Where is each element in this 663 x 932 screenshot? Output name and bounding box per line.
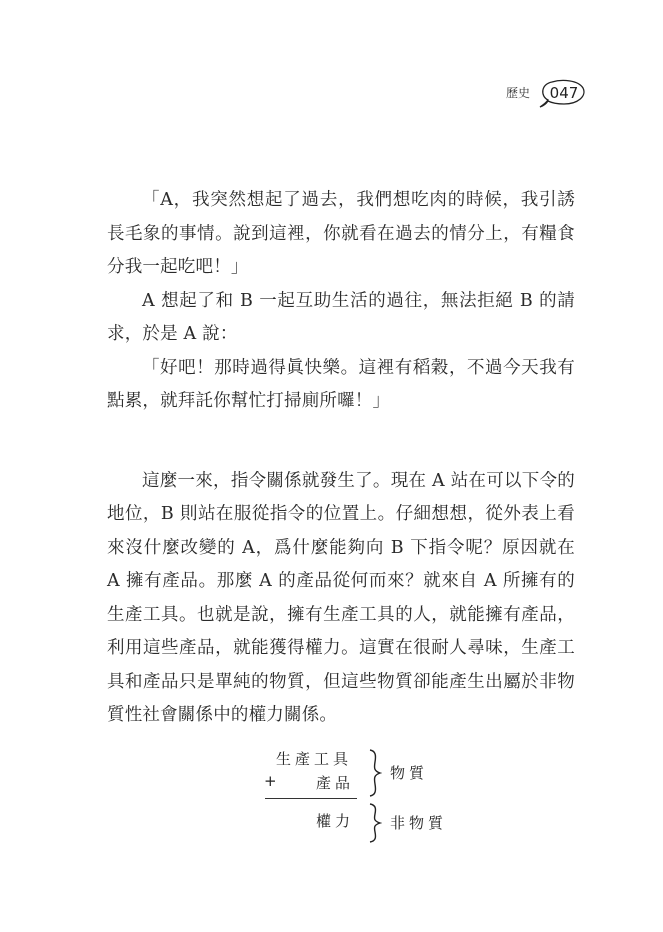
diagram-sum-line [265, 798, 357, 799]
paragraph-analysis: 這麼一來，指令關係就發生了。現在 A 站在可以下令的地位，B 則站在服從指令的位… [107, 465, 575, 733]
diagram-plus: + [264, 772, 281, 790]
diagram-term-products: 產品 [316, 772, 354, 793]
paragraph-dialogue-a: 「好吧！那時過得眞快樂。這裡有稻穀，不過今天我有點累，就拜託你幫忙打掃廁所囉！」 [107, 352, 575, 419]
body-text: 「A，我突然想起了過去，我們想吃肉的時候，我引誘長毛象的事情。說到這裡，你就看在… [107, 184, 575, 733]
section-title: 歷史 [506, 84, 530, 101]
brace-material-icon [368, 748, 382, 798]
paragraph-narration: A 想起了和 B 一起互助生活的過往，無法拒絕 B 的請求，於是 A 說： [107, 285, 575, 352]
diagram-label-material: 物質 [390, 762, 428, 783]
paragraph-dialogue-b: 「A，我突然想起了過去，我們想吃肉的時候，我引誘長毛象的事情。說到這裡，你就看在… [107, 184, 575, 285]
page-number: 047 [545, 84, 583, 102]
page-header: 歷史 047 [0, 76, 663, 116]
diagram-term-tools: 生產工具 [276, 748, 352, 769]
diagram-result-power: 權力 [316, 810, 354, 831]
brace-immaterial-icon [368, 802, 382, 844]
equation-diagram: 生產工具 + 產品 權力 物質 非物質 [250, 740, 490, 850]
diagram-label-immaterial: 非物質 [390, 812, 447, 833]
